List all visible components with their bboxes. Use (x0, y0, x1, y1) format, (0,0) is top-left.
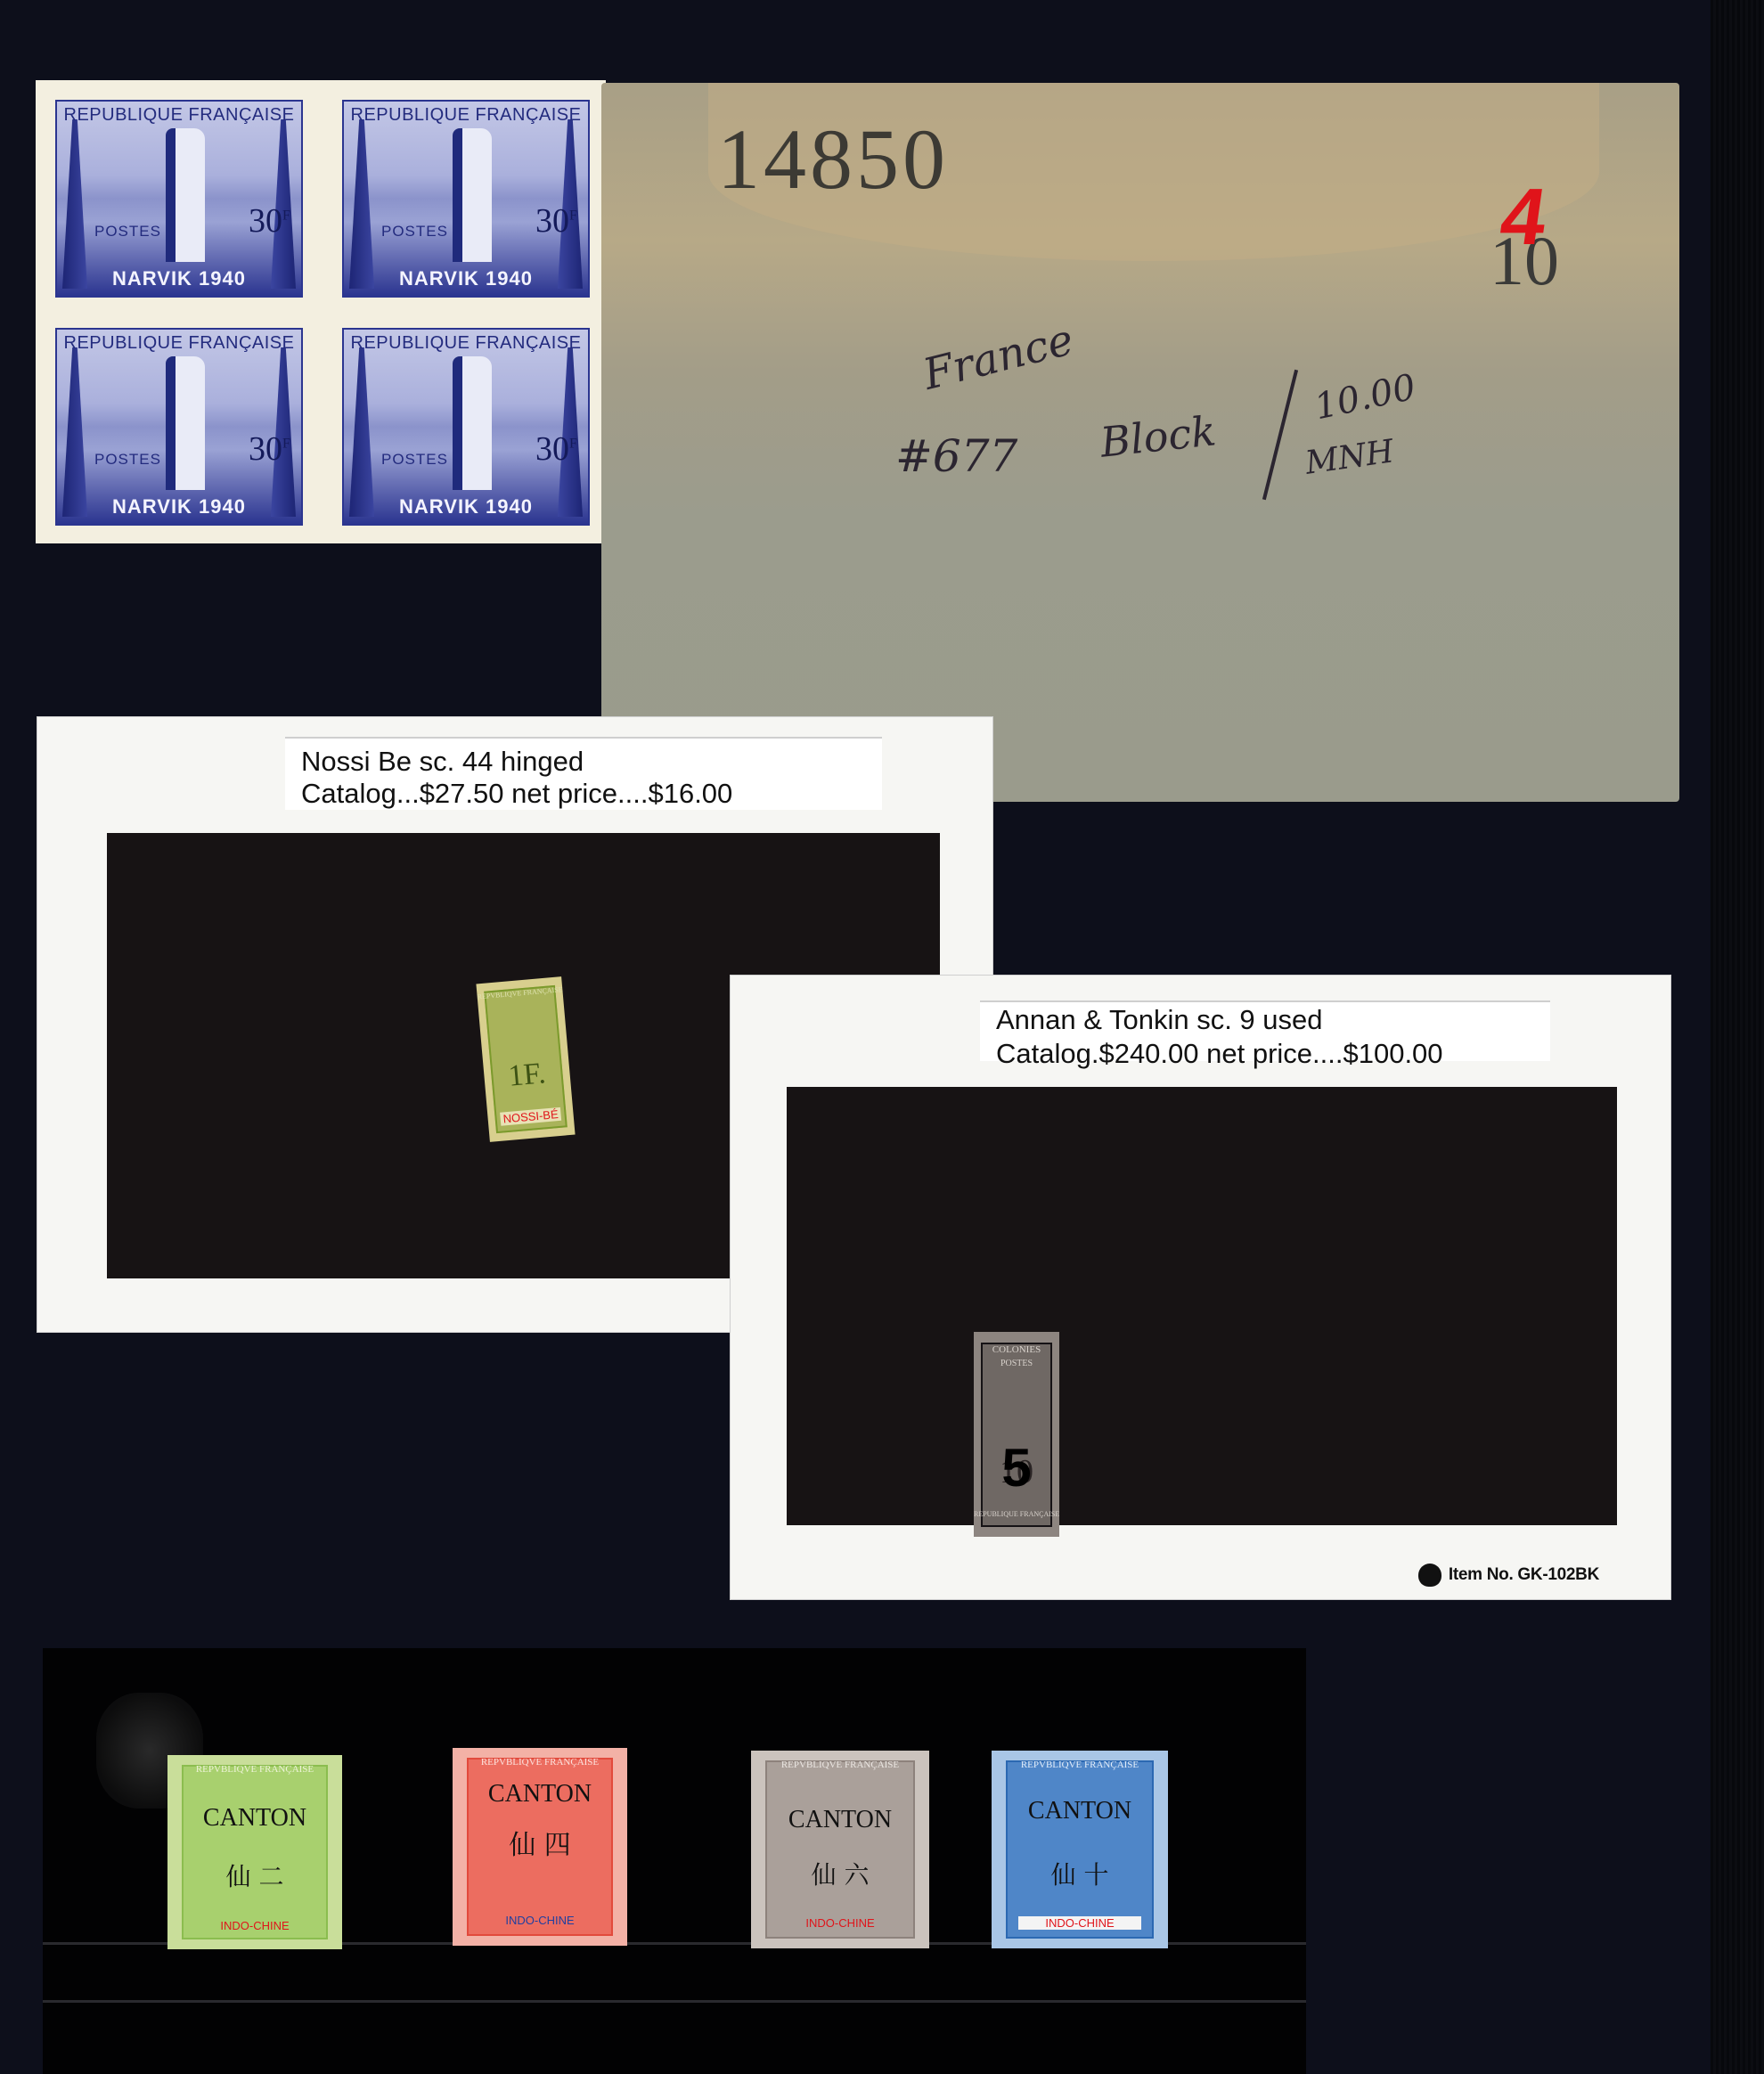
monument-icon (453, 356, 492, 490)
stamp-narvik: REPUBLIQUE FRANÇAISE POSTES 30F NARVIK 1… (342, 328, 590, 526)
stamp-annan-tonkin[interactable]: COLONIES POSTES 10 5 REPUBLIQUE FRANÇAIS… (974, 1332, 1059, 1537)
strip-divider (43, 2000, 1306, 2003)
stamp-overprint: CANTON (992, 1797, 1168, 1825)
stamp-canton-15[interactable]: REPVBLIQVE FRANÇAISE CANTON 仙 六 INDO-CHI… (751, 1751, 929, 1948)
stamp-place: NARVIK 1940 (344, 495, 588, 518)
stamp-postes: POSTES (94, 223, 161, 241)
stamp-top-text: REPVBLIQVE FRANÇAISE (167, 1764, 342, 1775)
stamp-narvik: REPUBLIQUE FRANÇAISE POSTES 30F NARVIK 1… (55, 328, 303, 526)
flag-icon (349, 347, 374, 517)
stamp-canton-10[interactable]: REPVBLIQVE FRANÇAISE CANTON 仙 四 INDO-CHI… (453, 1748, 627, 1946)
flag-icon (62, 119, 87, 289)
stamp-top-text: REPVBLIQVE FRANÇAISE (992, 1760, 1168, 1770)
card-label: Annan & Tonkin sc. 9 used Catalog.$240.0… (980, 1000, 1550, 1061)
stamp-bottom-text: REPUBLIQUE FRANÇAISE (974, 1510, 1059, 1518)
stamp-place: NARVIK 1940 (57, 495, 301, 518)
stamp-top-text: REPVBLIQVE FRANÇAISE (453, 1757, 627, 1768)
stamp-mount-window (787, 1087, 1617, 1525)
stamp-postes: POSTES (381, 451, 448, 469)
stamp-country: REPUBLIQUE FRANÇAISE (57, 333, 301, 354)
sheet-binding (1711, 0, 1764, 2074)
item-number: Item No. GK-102BK (1449, 1565, 1599, 1585)
monument-icon (453, 128, 492, 262)
monument-icon (166, 128, 205, 262)
stamp-canton-25[interactable]: REPVBLIQVE FRANÇAISE CANTON 仙 十 INDO-CHI… (992, 1751, 1168, 1948)
stamp-postes: POSTES (381, 223, 448, 241)
stamp-value: 30F (249, 201, 290, 241)
stamp-chinese: 仙 六 (751, 1856, 929, 1891)
stamp-value: 30F (249, 429, 290, 469)
card-title: Annan & Tonkin sc. 9 used (996, 1004, 1323, 1036)
stamp-overprint: CANTON (453, 1780, 627, 1809)
stamp-top-text: REPVBLIQVE FRANÇAISE (751, 1760, 929, 1770)
stamp-narvik: REPUBLIQUE FRANÇAISE POSTES 30F NARVIK 1… (55, 100, 303, 298)
stamp-surcharge: 5 (974, 1437, 1059, 1498)
card-price: Catalog...$27.50 net price....$16.00 (301, 778, 732, 810)
stamp-frame (182, 1765, 329, 1939)
stamp-overprint: CANTON (167, 1804, 342, 1833)
item-number-row: Item No. GK-102BK (1418, 1564, 1599, 1587)
stamp-narvik: REPUBLIQUE FRANÇAISE POSTES 30F NARVIK 1… (342, 100, 590, 298)
stamp-name: INDO-CHINE (453, 1914, 627, 1927)
stamp-frame (981, 1343, 1053, 1527)
handwritten-catalog: #677 (895, 430, 1017, 482)
card-price: Catalog.$240.00 net price....$100.00 (996, 1038, 1443, 1070)
stamp-value: 30F (535, 201, 577, 241)
stamp-place: NARVIK 1940 (344, 267, 588, 290)
handwritten-slash (1262, 370, 1298, 501)
handwritten-condition: MNH (1303, 433, 1397, 481)
stamp-place: NARVIK 1940 (57, 267, 301, 290)
stamp-overprint: CANTON (751, 1806, 929, 1834)
stamp-name: INDO-CHINE (751, 1916, 929, 1930)
stamp-country: REPUBLIQUE FRANÇAISE (344, 333, 588, 354)
stamp-chinese: 仙 四 (453, 1823, 627, 1862)
canton-stamp-strip: REPVBLIQVE FRANÇAISE CANTON 仙 二 INDO-CHI… (43, 1648, 1306, 2074)
stamp-sub-text: POSTES (974, 1359, 1059, 1368)
apple-logo-icon (1418, 1564, 1441, 1587)
stamp-postes: POSTES (94, 451, 161, 469)
flag-icon (349, 119, 374, 289)
stamp-country: REPUBLIQUE FRANÇAISE (57, 105, 301, 126)
stamp-frame (1006, 1760, 1154, 1939)
sales-card-annan-tonkin[interactable]: Annan & Tonkin sc. 9 used Catalog.$240.0… (731, 976, 1670, 1599)
handwritten-country: France (919, 314, 1079, 400)
stamp-chinese: 仙 十 (992, 1856, 1168, 1891)
stamp-country: REPUBLIQUE FRANÇAISE (344, 105, 588, 126)
stamp-top-text: COLONIES (974, 1344, 1059, 1355)
stamp-name: INDO-CHINE (1018, 1916, 1141, 1930)
stamp-frame (765, 1760, 915, 1939)
card-title: Nossi Be sc. 44 hinged (301, 746, 584, 778)
flag-icon (62, 347, 87, 517)
stamp-nossi-be[interactable]: REPVBLIQVE FRANÇAISE 1F. NOSSI-BÉ (476, 976, 575, 1142)
stamp-canton-5[interactable]: REPVBLIQVE FRANÇAISE CANTON 仙 二 INDO-CHI… (167, 1755, 342, 1949)
handwritten-price: 10.00 (1311, 367, 1419, 429)
stock-number: 14850 (717, 110, 949, 208)
monument-icon (166, 356, 205, 490)
stamp-chinese: 仙 二 (167, 1858, 342, 1893)
stamp-name: INDO-CHINE (167, 1919, 342, 1932)
glassine-envelope[interactable]: 14850 10 4 France #677 Block 10.00 MNH (601, 83, 1679, 802)
narvik-stamp-block[interactable]: REPUBLIQUE FRANÇAISE POSTES 30F NARVIK 1… (36, 80, 606, 543)
card-label: Nossi Be sc. 44 hinged Catalog...$27.50 … (285, 737, 882, 810)
handwritten-format: Block (1098, 406, 1219, 466)
stamp-value: 30F (535, 429, 577, 469)
